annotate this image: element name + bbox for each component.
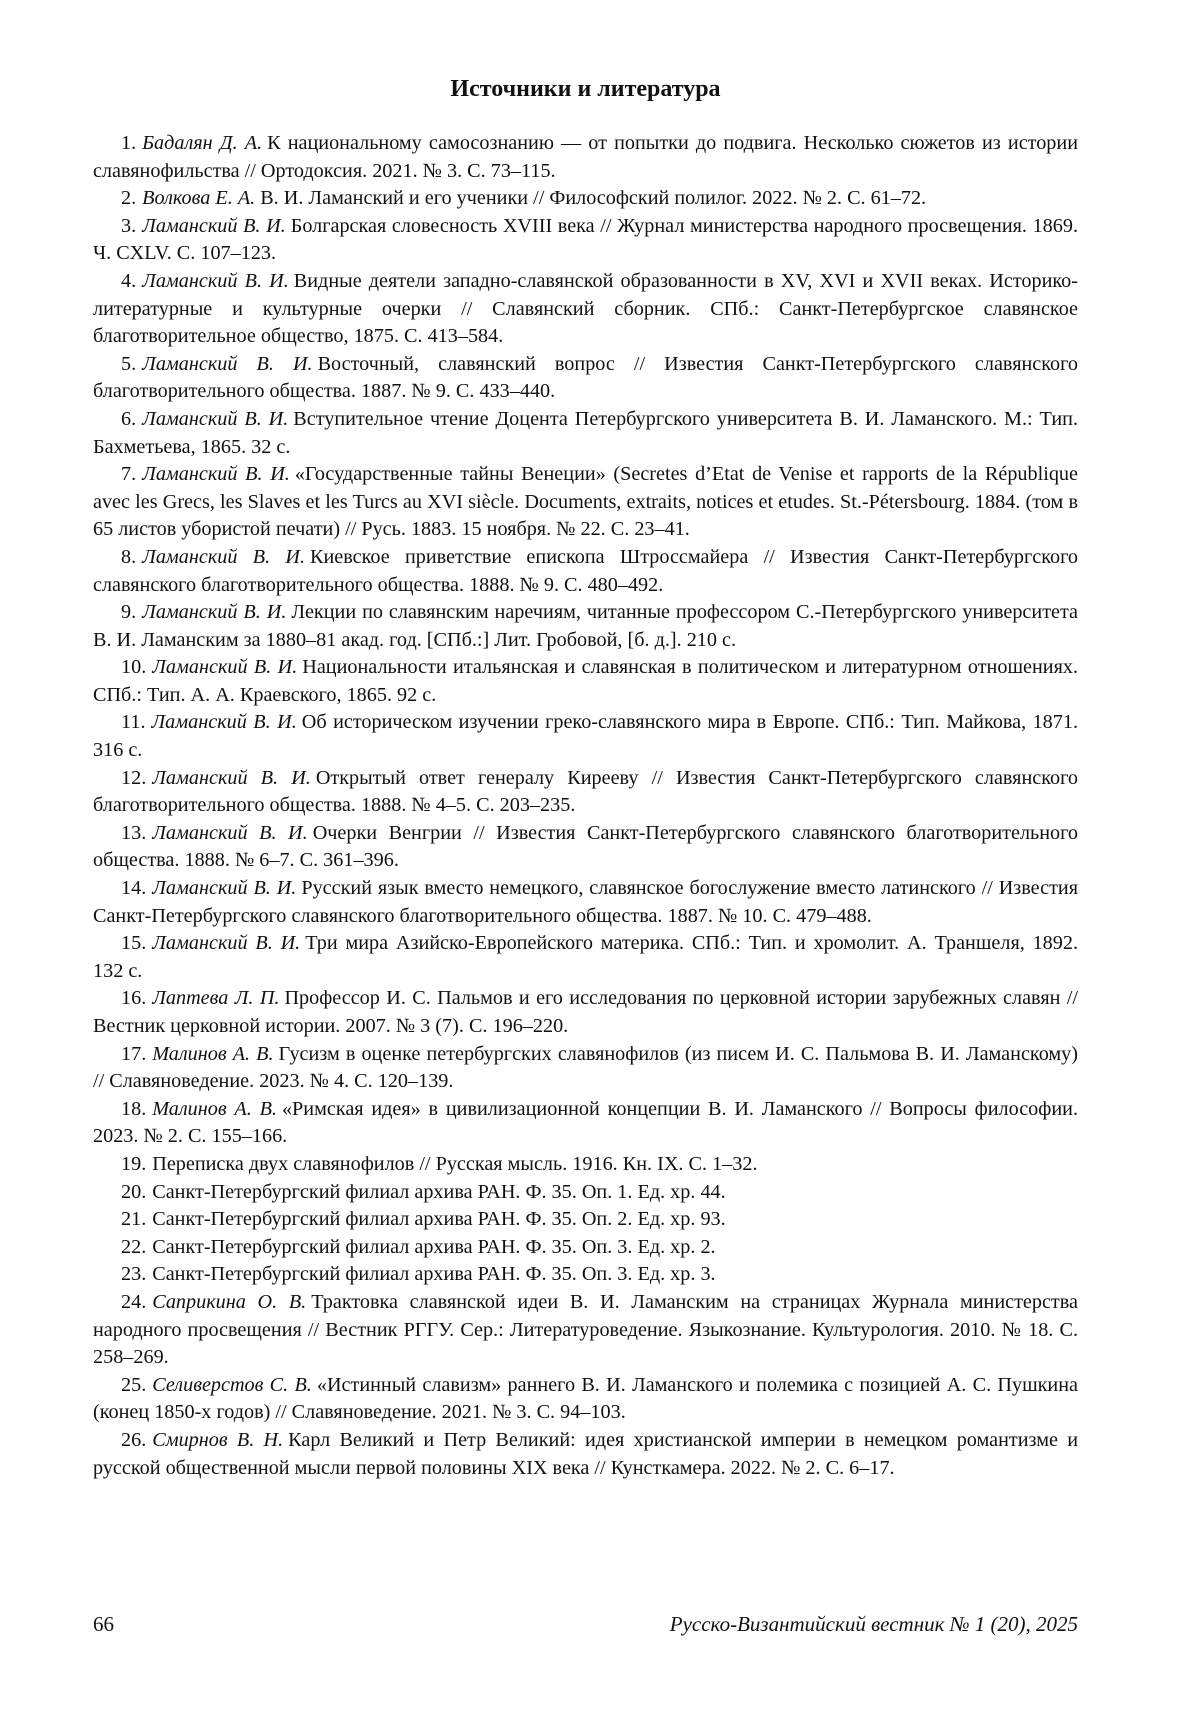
reference-item: 19.Переписка двух славянофилов // Русска… [93,1151,1078,1179]
reference-number: 15. [121,932,146,954]
reference-item: 7.Ламанский В. И.«Государственные тайны … [93,461,1078,544]
reference-author: Малинов А. В. [152,1098,277,1120]
reference-item: 12.Ламанский В. И.Открытый ответ генерал… [93,765,1078,820]
reference-author: Смирнов В. Н. [152,1429,283,1451]
reference-item: 5.Ламанский В. И.Восточный, славянский в… [93,351,1078,406]
reference-text: Переписка двух славянофилов // Русская м… [152,1153,757,1175]
reference-item: 25.Селиверстов С. В.«Истинный славизм» р… [93,1372,1078,1427]
journal-title: Русско-Византийский вестник № 1 (20), 20… [670,1609,1078,1639]
reference-number: 8. [121,546,136,568]
reference-author: Ламанский В. И. [142,601,286,623]
reference-author: Ламанский В. И. [152,932,300,954]
reference-item: 21.Санкт-Петербургский филиал архива РАН… [93,1206,1078,1234]
reference-item: 26.Смирнов В. Н.Карл Великий и Петр Вели… [93,1427,1078,1482]
reference-number: 7. [121,463,136,485]
reference-item: 9.Ламанский В. И.Лекции по славянским на… [93,599,1078,654]
reference-author: Селиверстов С. В. [152,1374,312,1396]
reference-text: Санкт-Петербургский филиал архива РАН. Ф… [152,1236,715,1258]
reference-number: 17. [121,1043,146,1065]
reference-author: Бадалян Д. А. [142,132,262,154]
page-footer: 66 Русско-Византийский вестник № 1 (20),… [93,1609,1078,1639]
reference-number: 19. [121,1153,146,1175]
reference-item: 17.Малинов А. В.Гусизм в оценке петербур… [93,1041,1078,1096]
reference-number: 20. [121,1181,146,1203]
reference-number: 1. [121,132,136,154]
reference-author: Лаптева Л. П. [152,987,279,1009]
reference-item: 3.Ламанский В. И.Болгарская словесность … [93,213,1078,268]
reference-number: 2. [121,187,136,209]
reference-item: 11.Ламанский В. И.Об историческом изучен… [93,709,1078,764]
reference-text: Санкт-Петербургский филиал архива РАН. Ф… [152,1181,725,1203]
reference-item: 18.Малинов А. В.«Римская идея» в цивилиз… [93,1096,1078,1151]
reference-number: 9. [121,601,136,623]
reference-author: Ламанский В. И. [152,822,307,844]
reference-number: 6. [121,408,136,430]
reference-author: Ламанский В. И. [152,656,297,678]
reference-number: 4. [121,270,136,292]
reference-number: 23. [121,1263,146,1285]
reference-author: Волкова Е. А. [142,187,255,209]
reference-number: 3. [121,215,136,237]
reference-list: 1.Бадалян Д. А.К национальному самосозна… [93,130,1078,1482]
reference-number: 11. [121,711,146,733]
reference-item: 15.Ламанский В. И.Три мира Азийско-Европ… [93,930,1078,985]
reference-item: 14.Ламанский В. И.Русский язык вместо не… [93,875,1078,930]
reference-item: 10.Ламанский В. И.Национальности итальян… [93,654,1078,709]
reference-number: 21. [121,1208,146,1230]
reference-number: 5. [121,353,136,375]
reference-item: 1.Бадалян Д. А.К национальному самосозна… [93,130,1078,185]
reference-item: 13.Ламанский В. И.Очерки Венгрии // Изве… [93,820,1078,875]
reference-author: Ламанский В. И. [142,408,288,430]
reference-text: Санкт-Петербургский филиал архива РАН. Ф… [152,1263,715,1285]
reference-item: 16.Лаптева Л. П.Профессор И. С. Пальмов … [93,985,1078,1040]
reference-number: 25. [121,1374,146,1396]
reference-text: В. И. Ламанский и его ученики // Философ… [260,187,926,209]
reference-author: Ламанский В. И. [142,353,312,375]
reference-item: 20.Санкт-Петербургский филиал архива РАН… [93,1179,1078,1207]
reference-author: Ламанский В. И. [142,546,305,568]
reference-item: 22.Санкт-Петербургский филиал архива РАН… [93,1234,1078,1262]
reference-item: 2.Волкова Е. А.В. И. Ламанский и его уче… [93,185,1078,213]
page-body: Источники и литература 1.Бадалян Д. А.К … [93,74,1078,1482]
page-number: 66 [93,1609,114,1639]
reference-item: 6.Ламанский В. И.Вступительное чтение До… [93,406,1078,461]
reference-number: 24. [121,1291,146,1313]
reference-author: Малинов А. В. [152,1043,273,1065]
reference-author: Ламанский В. И. [152,877,296,899]
reference-author: Саприкина О. В. [152,1291,306,1313]
section-heading: Источники и литература [93,74,1078,104]
reference-item: 24.Саприкина О. В.Трактовка славянской и… [93,1289,1078,1372]
reference-number: 18. [121,1098,146,1120]
reference-text: Санкт-Петербургский филиал архива РАН. Ф… [152,1208,725,1230]
reference-number: 16. [121,987,146,1009]
reference-number: 22. [121,1236,146,1258]
reference-author: Ламанский В. И. [152,711,297,733]
reference-number: 13. [121,822,146,844]
reference-item: 4.Ламанский В. И.Видные деятели западно-… [93,268,1078,351]
reference-item: 23.Санкт-Петербургский филиал архива РАН… [93,1261,1078,1289]
reference-author: Ламанский В. И. [142,463,290,485]
reference-number: 26. [121,1429,146,1451]
reference-author: Ламанский В. И. [142,270,289,292]
reference-number: 10. [121,656,146,678]
reference-item: 8.Ламанский В. И.Киевское приветствие еп… [93,544,1078,599]
reference-author: Ламанский В. И. [152,767,311,789]
reference-number: 14. [121,877,146,899]
reference-number: 12. [121,767,146,789]
reference-author: Ламанский В. И. [142,215,286,237]
